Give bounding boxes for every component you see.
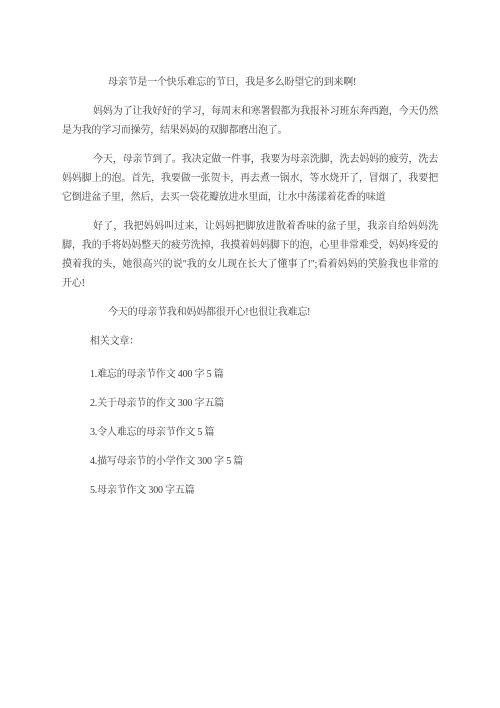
related-article-item: 1.难忘的母亲节作文 400 字 5 篇 bbox=[90, 365, 438, 384]
document-content: 母亲节是一个快乐难忘的节日，我是多么盼望它的到来啊! 妈妈为了让我好好的学习，每… bbox=[0, 0, 500, 500]
related-article-item: 5.母亲节作文 300 字五篇 bbox=[90, 481, 438, 500]
related-article-item: 4.描写母亲节的小学作文 300 字 5 篇 bbox=[90, 452, 438, 471]
essay-paragraph: 好了，我把妈妈叫过来，让妈妈把脚放进散着香味的盆子里，我亲自给妈妈洗脚，我的手将… bbox=[62, 217, 438, 293]
document-page: 母亲节是一个快乐难忘的节日，我是多么盼望它的到来啊! 妈妈为了让我好好的学习，每… bbox=[0, 0, 500, 708]
related-article-item: 2.关于母亲节的作文 300 字五篇 bbox=[90, 394, 438, 413]
related-article-item: 3.令人难忘的母亲节作文 5 篇 bbox=[90, 423, 438, 442]
related-articles-heading: 相关文章： bbox=[90, 332, 438, 351]
essay-paragraph: 妈妈为了让我好好的学习，每周末和寒署假都为我报补习班东奔西跑，今天仍然是为我的学… bbox=[62, 102, 438, 140]
essay-paragraph: 母亲节是一个快乐难忘的节日，我是多么盼望它的到来啊! bbox=[62, 73, 438, 92]
essay-body: 母亲节是一个快乐难忘的节日，我是多么盼望它的到来啊! 妈妈为了让我好好的学习，每… bbox=[62, 73, 438, 322]
essay-paragraph: 今天的母亲节我和妈妈都很开心!也很让我难忘! bbox=[62, 303, 438, 322]
essay-paragraph: 今天，母亲节到了。我决定做一件事，我要为母亲洗脚，洗去妈妈的疲劳，洗去妈妈脚上的… bbox=[62, 150, 438, 207]
related-articles-section: 相关文章： 1.难忘的母亲节作文 400 字 5 篇 2.关于母亲节的作文 30… bbox=[62, 332, 438, 500]
